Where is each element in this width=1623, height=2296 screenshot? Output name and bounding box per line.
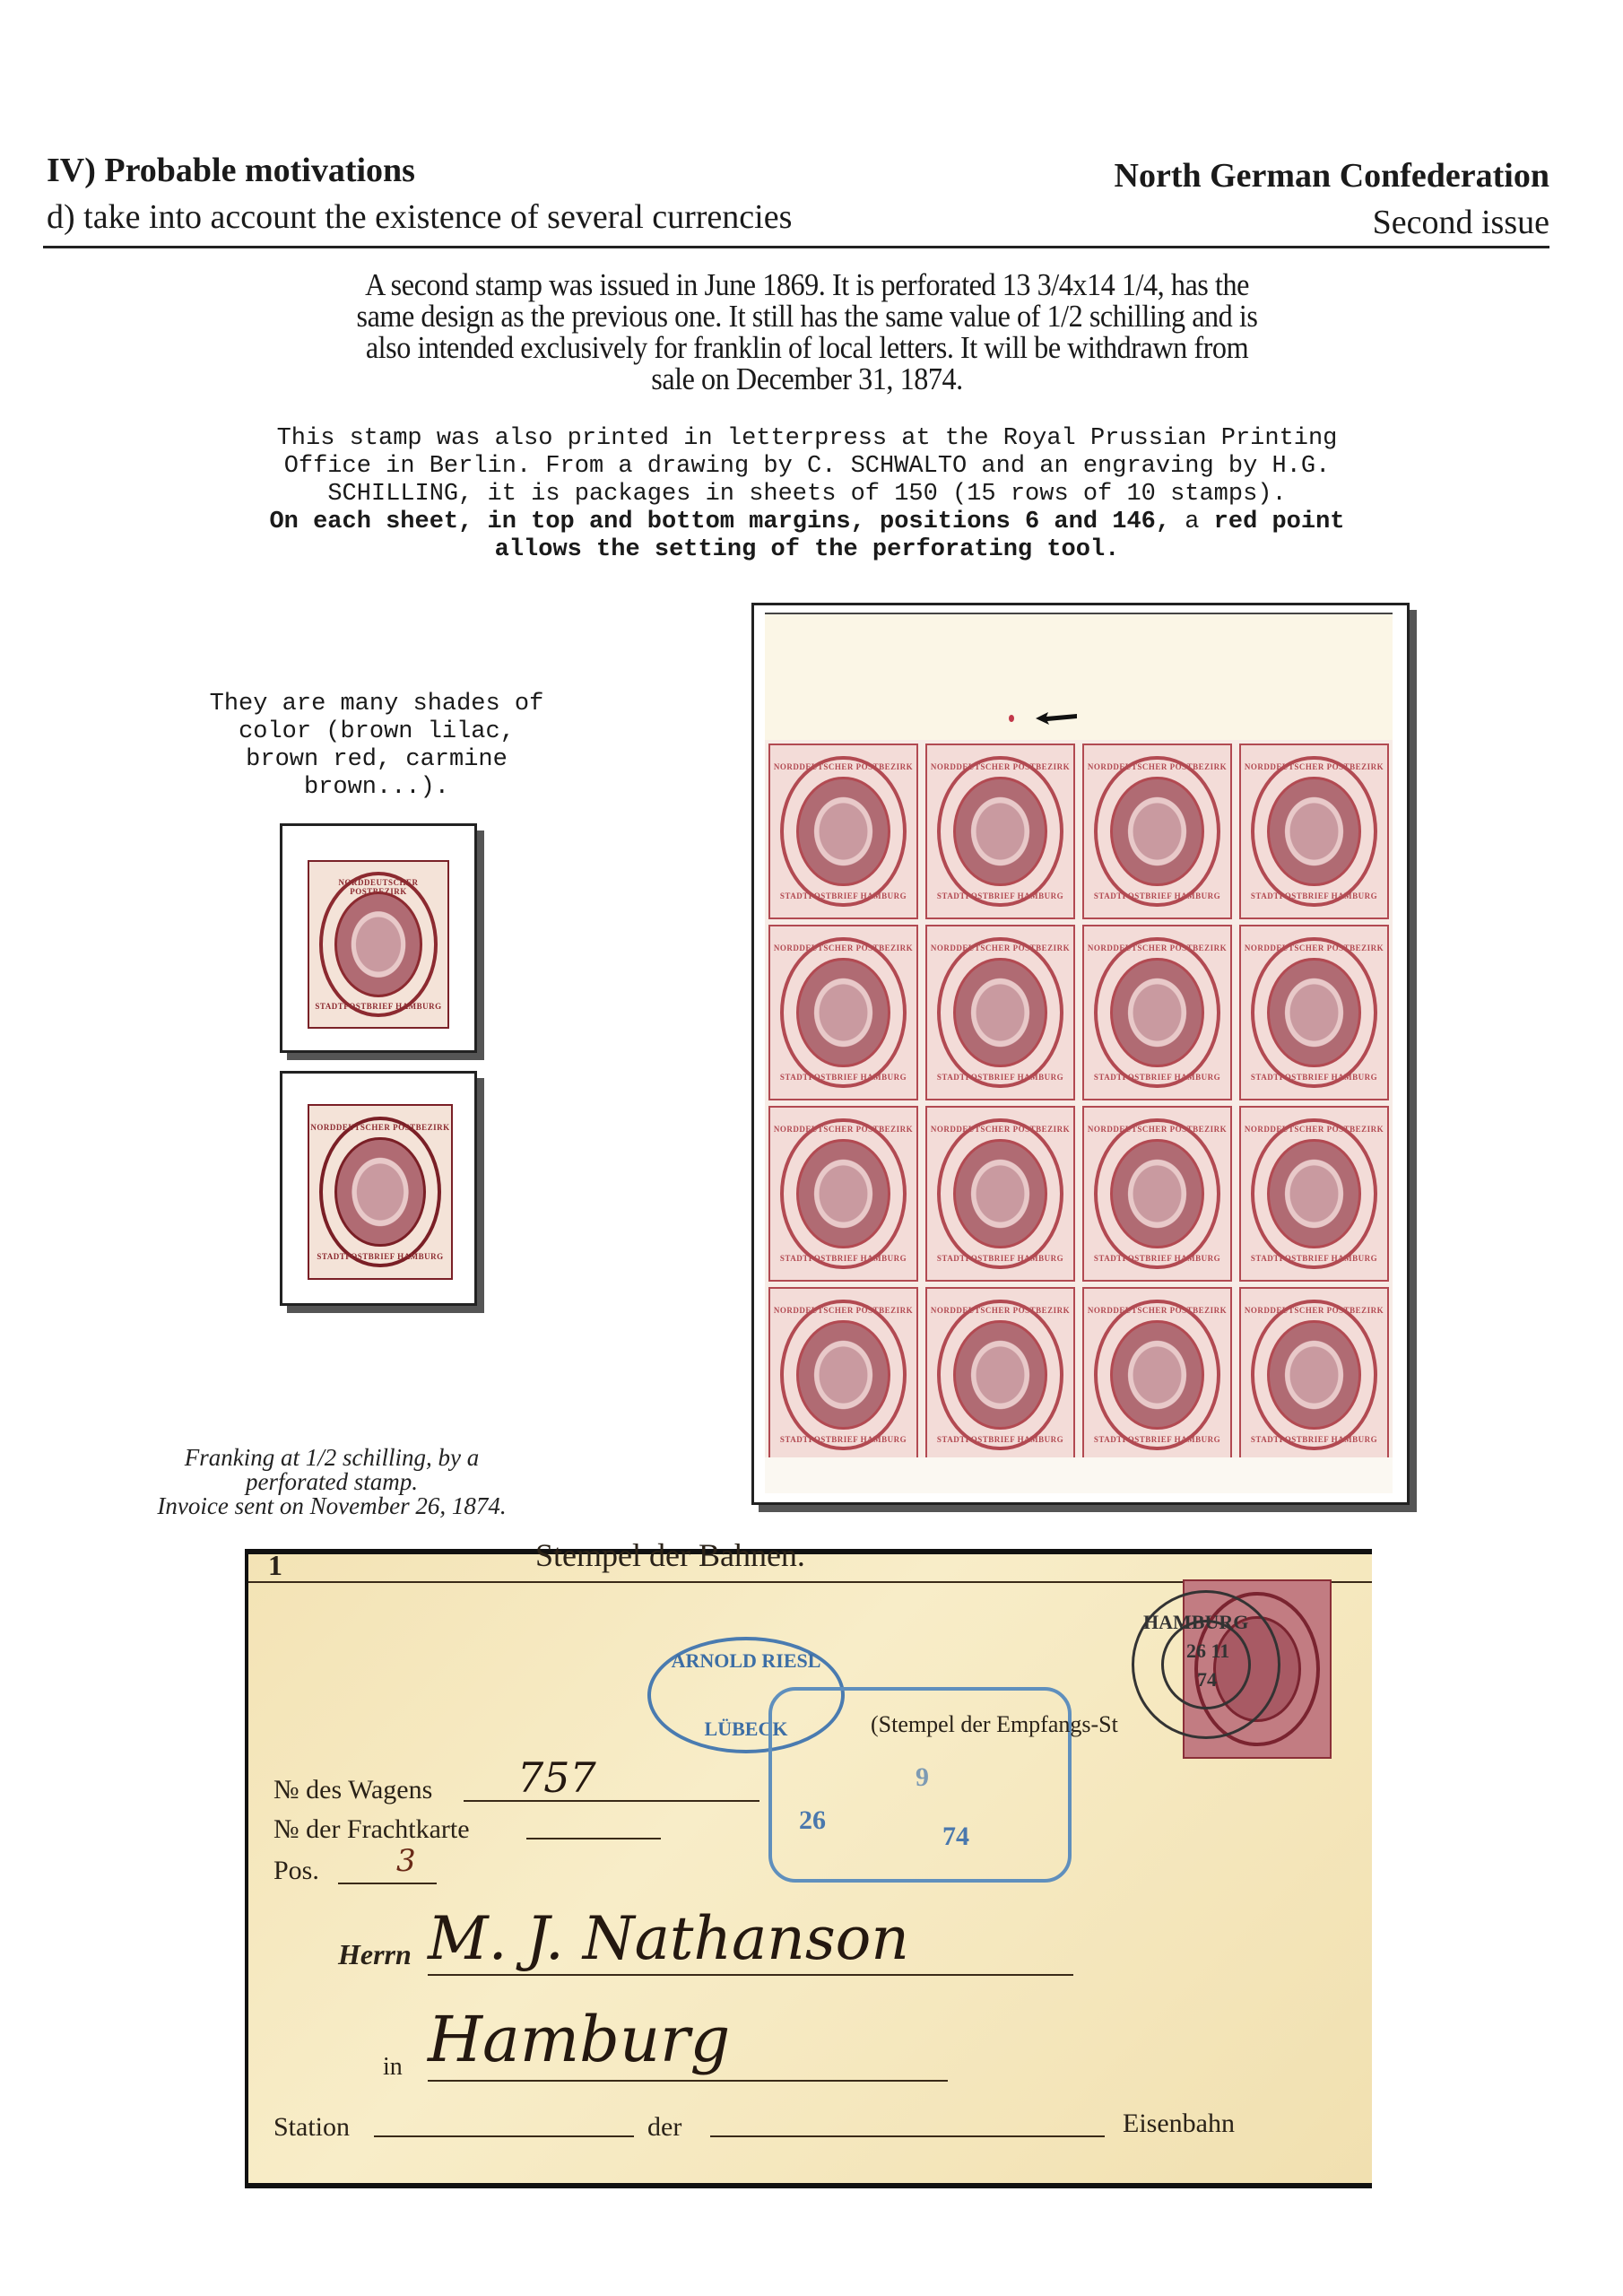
block-stamp: NORDDEUTSCHER POSTBEZIRKSTADTPOSTBRIEF H… — [925, 1106, 1075, 1282]
stamp-inner-oval — [1267, 1139, 1360, 1249]
tech-bold: red point — [1214, 509, 1345, 535]
tech-bold: On each sheet, in top and bottom margins… — [269, 509, 1170, 535]
station-underline — [374, 2135, 634, 2137]
shades-note: They are many shades of color (brown lil… — [161, 691, 592, 802]
stamp-inscription-top: NORDDEUTSCHER POSTBEZIRK — [309, 1123, 451, 1132]
addressee-name: M. J. Nathanson — [428, 1904, 909, 1973]
note-line: color (brown lilac, — [161, 718, 592, 746]
stamp-inscription-top: NORDDEUTSCHER POSTBEZIRK — [770, 762, 916, 771]
stamp-inscription-top: NORDDEUTSCHER POSTBEZIRK — [770, 1306, 916, 1315]
stamp-inscription-bottom: STADTPOSTBRIEF HAMBURG — [1241, 891, 1387, 900]
tech-line: SCHILLING, it is packages in sheets of 1… — [170, 481, 1444, 509]
stamp-inner-oval — [953, 1320, 1046, 1431]
stamp-inscription-bottom: STADTPOSTBRIEF HAMBURG — [309, 1002, 447, 1011]
block-stamp: NORDDEUTSCHER POSTBEZIRKSTADTPOSTBRIEF H… — [1082, 1287, 1232, 1463]
stamp-inscription-bottom: STADTPOSTBRIEF HAMBURG — [1241, 1254, 1387, 1263]
stamp-inner-oval — [796, 1320, 890, 1431]
der-label: der — [647, 2112, 681, 2143]
block-stamp: NORDDEUTSCHER POSTBEZIRKSTADTPOSTBRIEF H… — [1239, 744, 1389, 919]
intro-paragraph: A second stamp was issued in June 1869. … — [271, 269, 1343, 395]
pos-underline — [338, 1883, 437, 1884]
block-stamp: NORDDEUTSCHER POSTBEZIRKSTADTPOSTBRIEF H… — [1239, 1106, 1389, 1282]
note-line: brown red, carmine — [161, 746, 592, 774]
stamp-inscription-top: NORDDEUTSCHER POSTBEZIRK — [1084, 1306, 1230, 1315]
stamp-inscription-top: NORDDEUTSCHER POSTBEZIRK — [1084, 1125, 1230, 1134]
pos-value: 3 — [396, 1843, 416, 1879]
stamp-inscription-bottom: STADTPOSTBRIEF HAMBURG — [927, 1435, 1073, 1444]
postmark-date: 26 11 — [1186, 1639, 1229, 1663]
stamp-inner-oval — [796, 958, 890, 1068]
stamp-inscription-top: NORDDEUTSCHER POSTBEZIRK — [927, 944, 1073, 952]
stamp-mount-carmine-brown: NORDDEUTSCHER POSTBEZIRK STADTPOSTBRIEF … — [280, 1071, 477, 1306]
stamp-inscription-top: NORDDEUTSCHER POSTBEZIRK — [927, 1125, 1073, 1134]
postmark-city: HAMBURG — [1143, 1611, 1248, 1634]
block-stamp: NORDDEUTSCHER POSTBEZIRKSTADTPOSTBRIEF H… — [1239, 925, 1389, 1100]
stamp-inscription-bottom: STADTPOSTBRIEF HAMBURG — [927, 1073, 1073, 1082]
stamp-inscription-top: NORDDEUTSCHER POSTBEZIRK — [927, 1306, 1073, 1315]
exhibit-subtitle: Second issue — [1373, 203, 1549, 242]
block-stamp: NORDDEUTSCHER POSTBEZIRKSTADTPOSTBRIEF H… — [1082, 1106, 1232, 1282]
stamp-inscription-top: NORDDEUTSCHER POSTBEZIRK — [1241, 762, 1387, 771]
station-label: Station — [273, 2112, 350, 2143]
form-heading: Stempel der Bahnen. — [535, 1536, 805, 1574]
destination-city: Hamburg — [428, 2003, 730, 2076]
stamp-inner-oval — [796, 777, 890, 887]
stamp-inner-oval — [953, 777, 1046, 887]
block-stamp: NORDDEUTSCHER POSTBEZIRKSTADTPOSTBRIEF H… — [768, 925, 918, 1100]
addressee-underline — [428, 1974, 1073, 1976]
wagen-underline — [464, 1800, 759, 1802]
stamp-inscription-bottom: STADTPOSTBRIEF HAMBURG — [770, 1435, 916, 1444]
stamp-inscription-bottom: STADTPOSTBRIEF HAMBURG — [1084, 1073, 1230, 1082]
stamp-block-mount: NORDDEUTSCHER POSTBEZIRKSTADTPOSTBRIEF H… — [751, 603, 1410, 1505]
frachtkarte-label: № der Frachtkarte — [273, 1814, 470, 1845]
block-stamp: NORDDEUTSCHER POSTBEZIRKSTADTPOSTBRIEF H… — [1082, 744, 1232, 919]
intro-line: same design as the previous one. It stil… — [271, 300, 1343, 332]
block-stamp: NORDDEUTSCHER POSTBEZIRKSTADTPOSTBRIEF H… — [925, 1287, 1075, 1463]
stamp-inner-oval — [1267, 1320, 1360, 1431]
stamp-inner-oval — [953, 958, 1046, 1068]
railway-underline — [710, 2135, 1105, 2137]
caption-line: Franking at 1/2 schilling, by a — [108, 1446, 556, 1470]
stamp-inscription-bottom: STADTPOSTBRIEF HAMBURG — [1084, 1435, 1230, 1444]
stamp-inscription-bottom: STADTPOSTBRIEF HAMBURG — [770, 891, 916, 900]
receipt-hour: 9 — [916, 1762, 929, 1793]
exhibit-title: North German Confederation — [1115, 156, 1549, 196]
intro-line: also intended exclusively for franklin o… — [271, 332, 1343, 363]
in-label: in — [383, 2053, 403, 2082]
railway-invoice-cover: 1 Stempel der Bahnen. ARNOLD RIESL LÜBEC… — [245, 1549, 1372, 2188]
arrow-left-icon — [1034, 709, 1079, 726]
stamp-inscription-bottom: STADTPOSTBRIEF HAMBURG — [309, 1252, 451, 1261]
header-divider — [43, 246, 1549, 248]
hamburg-postmark: HAMBURG 26 11 74 — [1132, 1590, 1280, 1739]
stamp-inscription-bottom: STADTPOSTBRIEF HAMBURG — [1084, 891, 1230, 900]
stamp-inner-oval — [1110, 1320, 1203, 1431]
receipt-year: 74 — [942, 1822, 969, 1852]
tech-bold: allows the setting of the perforating to… — [495, 536, 1120, 563]
stamp-mount-brown-lilac: NORDDEUTSCHER POSTBEZIRK STADTPOSTBRIEF … — [280, 823, 477, 1053]
receipt-label: (Stempel der Empfangs-St — [871, 1711, 1118, 1738]
stamp-inscription-top: NORDDEUTSCHER POSTBEZIRK — [1084, 944, 1230, 952]
stamp-inscription-top: NORDDEUTSCHER POSTBEZIRK — [770, 944, 916, 952]
stamp-inscription-bottom: STADTPOSTBRIEF HAMBURG — [1084, 1254, 1230, 1263]
stamp-inner-oval — [1110, 1139, 1203, 1249]
note-line: They are many shades of — [161, 691, 592, 718]
cover-caption: Franking at 1/2 schilling, by a perforat… — [108, 1446, 556, 1518]
stamp-single: NORDDEUTSCHER POSTBEZIRK STADTPOSTBRIEF … — [308, 860, 449, 1029]
tech-plain: a — [1170, 509, 1214, 535]
stamp-inner-oval — [1267, 958, 1360, 1068]
stamp-inner-oval — [796, 1139, 890, 1249]
block-stamp: NORDDEUTSCHER POSTBEZIRKSTADTPOSTBRIEF H… — [925, 744, 1075, 919]
block-stamp: NORDDEUTSCHER POSTBEZIRKSTADTPOSTBRIEF H… — [925, 925, 1075, 1100]
stamp-inscription-top: NORDDEUTSCHER POSTBEZIRK — [309, 878, 447, 896]
red-point-marker — [1009, 715, 1014, 722]
frachtkarte-underline — [526, 1838, 661, 1839]
stamp-inner-oval — [1110, 777, 1203, 887]
stamp-inscription-top: NORDDEUTSCHER POSTBEZIRK — [1084, 762, 1230, 771]
stamp-single: NORDDEUTSCHER POSTBEZIRK STADTPOSTBRIEF … — [308, 1104, 453, 1280]
intro-line: sale on December 31, 1874. — [271, 363, 1343, 395]
herrn-label: Herrn — [338, 1938, 412, 1971]
tech-line: Office in Berlin. From a drawing by C. S… — [170, 453, 1444, 481]
technical-paragraph: This stamp was also printed in letterpre… — [170, 425, 1444, 564]
form-row-number: 1 — [268, 1549, 282, 1582]
stamp-inscription-bottom: STADTPOSTBRIEF HAMBURG — [770, 1073, 916, 1082]
stamp-inner-oval — [1267, 777, 1360, 887]
block-stamp: NORDDEUTSCHER POSTBEZIRKSTADTPOSTBRIEF H… — [768, 1287, 918, 1463]
stamp-block-grid: NORDDEUTSCHER POSTBEZIRKSTADTPOSTBRIEF H… — [765, 740, 1393, 1466]
stamp-inner-oval — [334, 1137, 425, 1248]
receipt-day: 26 — [799, 1805, 826, 1836]
stamp-inscription-top: NORDDEUTSCHER POSTBEZIRK — [927, 762, 1073, 771]
note-line: brown...). — [161, 774, 592, 802]
stamp-inscription-bottom: STADTPOSTBRIEF HAMBURG — [770, 1254, 916, 1263]
postmark-year: 74 — [1197, 1668, 1217, 1692]
intro-line: A second stamp was issued in June 1869. … — [271, 269, 1343, 300]
block-stamp: NORDDEUTSCHER POSTBEZIRKSTADTPOSTBRIEF H… — [1239, 1287, 1389, 1463]
eisenbahn-label: Eisenbahn — [1123, 2109, 1235, 2139]
block-stamp: NORDDEUTSCHER POSTBEZIRKSTADTPOSTBRIEF H… — [1082, 925, 1232, 1100]
section-subtitle: d) take into account the existence of se… — [47, 197, 792, 237]
pos-label: Pos. — [273, 1856, 319, 1886]
stamp-inscription-bottom: STADTPOSTBRIEF HAMBURG — [927, 1254, 1073, 1263]
sheet-top-margin — [765, 613, 1393, 740]
sheet-bottom-edge — [765, 1457, 1393, 1493]
stamp-inner-oval — [953, 1139, 1046, 1249]
stamp-inscription-top: NORDDEUTSCHER POSTBEZIRK — [1241, 1125, 1387, 1134]
stamp-inscription-top: NORDDEUTSCHER POSTBEZIRK — [1241, 944, 1387, 952]
stamp-inscription-bottom: STADTPOSTBRIEF HAMBURG — [1241, 1073, 1387, 1082]
stamp-inscription-top: NORDDEUTSCHER POSTBEZIRK — [1241, 1306, 1387, 1315]
wagen-label: № des Wagens — [273, 1775, 432, 1805]
city-underline — [428, 2080, 948, 2082]
caption-line: perforated stamp. — [108, 1470, 556, 1494]
stamp-inscription-bottom: STADTPOSTBRIEF HAMBURG — [1241, 1435, 1387, 1444]
tech-line-emphasis: On each sheet, in top and bottom margins… — [170, 509, 1444, 536]
stamp-inscription-bottom: STADTPOSTBRIEF HAMBURG — [927, 891, 1073, 900]
company-stamp-name: ARNOLD RIESL — [651, 1649, 841, 1673]
stamp-inner-oval — [334, 891, 423, 997]
stamp-inner-oval — [1110, 958, 1203, 1068]
block-stamp: NORDDEUTSCHER POSTBEZIRKSTADTPOSTBRIEF H… — [768, 1106, 918, 1282]
wagen-value: 757 — [517, 1753, 596, 1802]
caption-line: Invoice sent on November 26, 1874. — [108, 1494, 556, 1518]
section-title: IV) Probable motivations — [47, 151, 415, 190]
block-stamp: NORDDEUTSCHER POSTBEZIRKSTADTPOSTBRIEF H… — [768, 744, 918, 919]
stamp-inscription-top: NORDDEUTSCHER POSTBEZIRK — [770, 1125, 916, 1134]
tech-line: This stamp was also printed in letterpre… — [170, 425, 1444, 453]
